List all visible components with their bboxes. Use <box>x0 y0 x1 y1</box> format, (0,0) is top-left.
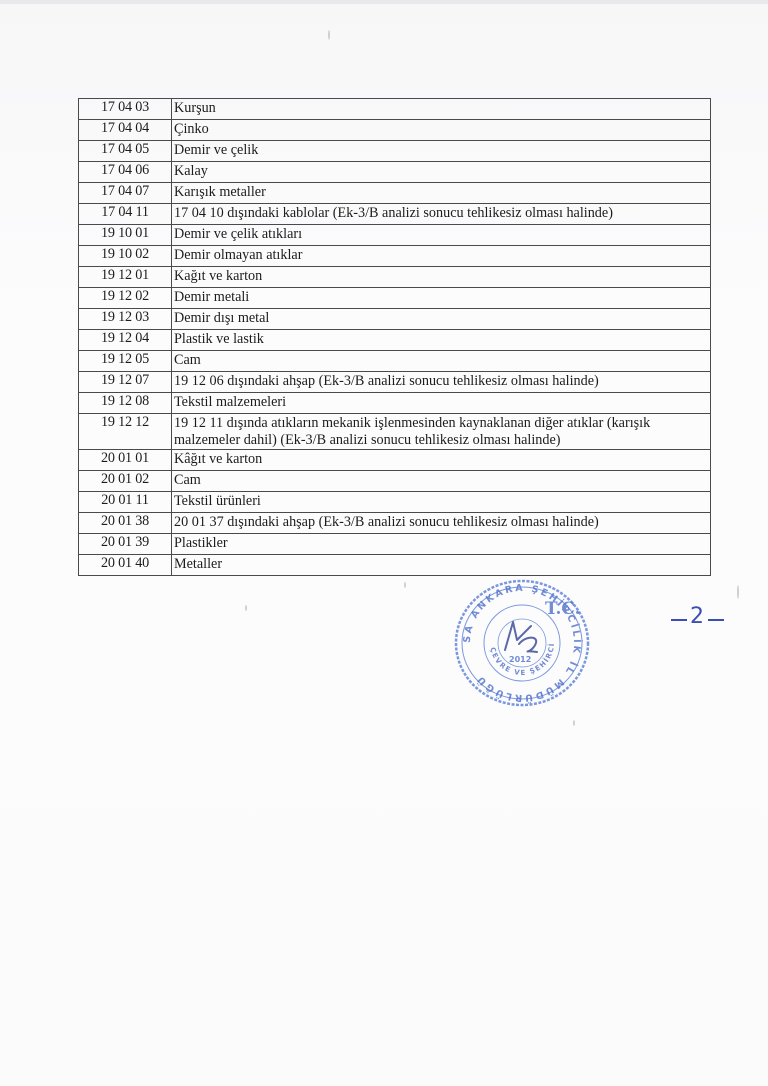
svg-text:T.C.: T.C. <box>545 599 581 619</box>
scan-mark <box>737 585 739 599</box>
waste-description-cell: Tekstil ürünleri <box>172 492 711 513</box>
waste-code-cell: 19 10 01 <box>79 225 172 246</box>
waste-description-cell: Demir dışı metal <box>172 309 711 330</box>
waste-code-cell: 20 01 40 <box>79 555 172 576</box>
waste-code-cell: 19 12 07 <box>79 372 172 393</box>
table-row: 20 01 3820 01 37 dışındaki ahşap (Ek-3/B… <box>79 513 711 534</box>
waste-description-cell: Metaller <box>172 555 711 576</box>
table-row: 19 12 0719 12 06 dışındaki ahşap (Ek-3/B… <box>79 372 711 393</box>
table-row: 19 10 01Demir ve çelik atıkları <box>79 225 711 246</box>
official-stamp-icon: SA ANKARA ŞEHİRCİLİK İL MÜDÜRLÜĞÜ ÇEVRE … <box>453 578 591 708</box>
waste-code-cell: 19 12 05 <box>79 351 172 372</box>
table-row: 19 12 02Demir metali <box>79 288 711 309</box>
waste-code-cell: 20 01 11 <box>79 492 172 513</box>
table-row: 20 01 11Tekstil ürünleri <box>79 492 711 513</box>
waste-code-cell: 19 12 02 <box>79 288 172 309</box>
waste-code-cell: 17 04 04 <box>79 120 172 141</box>
table-row: 19 10 02Demir olmayan atıklar <box>79 246 711 267</box>
waste-description-cell: Plastik ve lastik <box>172 330 711 351</box>
table-row: 20 01 39Plastikler <box>79 534 711 555</box>
waste-code-cell: 19 10 02 <box>79 246 172 267</box>
waste-description-cell: Demir ve çelik <box>172 141 711 162</box>
svg-text:2012: 2012 <box>509 655 531 664</box>
waste-code-cell: 17 04 03 <box>79 99 172 120</box>
waste-code-cell: 17 04 11 <box>79 204 172 225</box>
table-row: 19 12 08Tekstil malzemeleri <box>79 393 711 414</box>
waste-code-cell: 19 12 12 <box>79 414 172 450</box>
waste-description-cell: Tekstil malzemeleri <box>172 393 711 414</box>
dash-left <box>671 619 687 621</box>
waste-code-cell: 19 12 08 <box>79 393 172 414</box>
waste-code-cell: 17 04 05 <box>79 141 172 162</box>
waste-code-cell: 20 01 02 <box>79 471 172 492</box>
table-row: 17 04 03Kurşun <box>79 99 711 120</box>
table-row: 19 12 05Cam <box>79 351 711 372</box>
waste-description-cell: Plastikler <box>172 534 711 555</box>
waste-code-cell: 19 12 01 <box>79 267 172 288</box>
scan-mark <box>328 30 330 40</box>
table-row: 19 12 04Plastik ve lastik <box>79 330 711 351</box>
waste-code-cell: 17 04 06 <box>79 162 172 183</box>
waste-description-cell: Demir olmayan atıklar <box>172 246 711 267</box>
table-row: 17 04 05Demir ve çelik <box>79 141 711 162</box>
waste-description-cell: Kalay <box>172 162 711 183</box>
table-row: 17 04 06Kalay <box>79 162 711 183</box>
page-number-value: 2 <box>690 604 705 629</box>
waste-code-cell: 20 01 39 <box>79 534 172 555</box>
table-row: 17 04 04Çinko <box>79 120 711 141</box>
waste-description-cell: Demir metali <box>172 288 711 309</box>
waste-code-cell: 19 12 03 <box>79 309 172 330</box>
waste-description-cell: Demir ve çelik atıkları <box>172 225 711 246</box>
table-row: 17 04 1117 04 10 dışındaki kablolar (Ek-… <box>79 204 711 225</box>
table-row: 20 01 40Metaller <box>79 555 711 576</box>
waste-description-cell: Kâğıt ve karton <box>172 450 711 471</box>
table-row: 17 04 07Karışık metaller <box>79 183 711 204</box>
waste-description-cell: Karışık metaller <box>172 183 711 204</box>
page-number: 2 <box>668 604 727 629</box>
dash-right <box>708 619 724 621</box>
waste-description-cell: Cam <box>172 351 711 372</box>
waste-description-cell: Cam <box>172 471 711 492</box>
table-row: 20 01 02Cam <box>79 471 711 492</box>
waste-description-cell: Kağıt ve karton <box>172 267 711 288</box>
waste-code-cell: 20 01 38 <box>79 513 172 534</box>
scan-edge <box>0 0 768 4</box>
table-row: 20 01 01Kâğıt ve karton <box>79 450 711 471</box>
scan-mark <box>404 582 406 588</box>
waste-description-cell: 19 12 06 dışındaki ahşap (Ek-3/B analizi… <box>172 372 711 393</box>
waste-description-cell: 19 12 11 dışında atıkların mekanik işlen… <box>172 414 711 450</box>
scan-mark <box>245 605 247 611</box>
table-row: 19 12 03Demir dışı metal <box>79 309 711 330</box>
waste-description-cell: 20 01 37 dışındaki ahşap (Ek-3/B analizi… <box>172 513 711 534</box>
waste-description-cell: Çinko <box>172 120 711 141</box>
table-row: 19 12 01Kağıt ve karton <box>79 267 711 288</box>
waste-description-cell: Kurşun <box>172 99 711 120</box>
table-row: 19 12 1219 12 11 dışında atıkların mekan… <box>79 414 711 450</box>
waste-description-cell: 17 04 10 dışındaki kablolar (Ek-3/B anal… <box>172 204 711 225</box>
waste-code-cell: 20 01 01 <box>79 450 172 471</box>
waste-code-table: 17 04 03Kurşun17 04 04Çinko17 04 05Demir… <box>78 98 711 576</box>
waste-code-cell: 19 12 04 <box>79 330 172 351</box>
waste-code-cell: 17 04 07 <box>79 183 172 204</box>
scan-mark <box>573 720 575 726</box>
